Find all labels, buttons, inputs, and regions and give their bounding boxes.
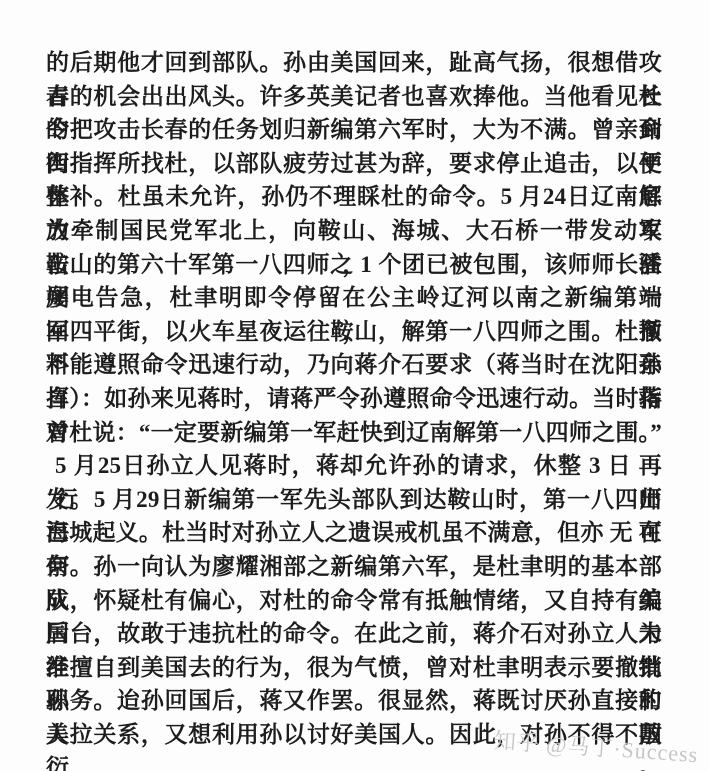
text-line-12: 对杜说：“一定要新编第一军赶快到辽南解第一八四师之围。”: [46, 416, 662, 450]
text-line-8: 屡电告急，杜聿明即令停留在公主岭辽河以南之新编第一军，撤: [46, 281, 662, 315]
text-line-1: 的后期他才回到部队。孙由美国回来，趾高气扬，很想借攻占长: [46, 46, 662, 80]
text-line-11: 挥）：如孙来见蒋时，请蒋严令孙遵照命令迅速行动。当时蒋曾: [46, 382, 662, 416]
text-line-19: 准擅自到美国去的行为，很为气愤，曾对杜聿明表示要撤销孙的: [46, 651, 662, 685]
text-line-14: 发。5 月29日新编第一军先头部队到达鞍山时，第一八四师已在: [46, 483, 662, 517]
text-line-2: 春的机会出出风头。许多英美记者也喜欢捧他。当他看见杜的命: [46, 80, 662, 114]
text-line-10: 不能遵照命令迅速行动，乃向蒋介石要求（蒋当时在沈阳亲自指: [46, 348, 662, 382]
text-line-4: 街指挥所找杜，以部队疲劳过甚为辞，要求停止追击，以便休息: [46, 147, 662, 181]
text-line-15: 海城起义。杜当时对孙立人之遗误戒机虽不满意，但亦 无 可 奈: [46, 516, 662, 550]
scanned-page: 的后期他才回到部队。孙由美国回来，趾高气扬，很想借攻占长 春的机会出出风头。许多…: [0, 0, 709, 771]
text-line-20: 职务。迨孙回国后，蒋又作罢。很显然，蒋既讨厌孙直接和美国: [46, 684, 662, 718]
text-line-3: 令把攻击长春的任务划归新编第六军时，大为不满。曾亲到四平: [46, 113, 662, 147]
text-line-7: 鞍山的第六十军第一八四师之 1 个团已被包围，该师师长潘朔端: [46, 248, 662, 282]
text-line-9: 回四平街，以火车星夜运往鞍山，解第一八四师之围。杜预料孙: [46, 315, 662, 349]
paragraph-text: 的后期他才回到部队。孙由美国回来，趾高气扬，很想借攻占长 春的机会出出风头。许多…: [46, 46, 662, 751]
text-line-5: 整补。杜虽未允许，孙仍不理睬杜的命令。5 月24日辽南解放军: [46, 180, 662, 214]
text-line-18: 后台，故敢于违抗杜的命令。在此之前，蒋介石对孙立人未经批: [46, 617, 662, 651]
text-line-17: 成，怀疑杜有偏心，对杜的命令常有抵触情绪，又自持有美国为: [46, 584, 662, 618]
text-line-13: 5 月25日孙立人见蒋时，蒋却允许孙的请求，休整 3 日 再 行 出: [46, 449, 662, 483]
text-line-16: 何。孙一向认为廖耀湘部之新编第六军，是杜聿明的基本部队编: [46, 550, 662, 584]
text-line-6: 为牵制国民党军北上，向鞍山、海城、大石桥一带发动攻击，驻: [46, 214, 662, 248]
text-line-21: 人拉关系，又想利用孙以讨好美国人。因此，对孙不得不敷衍。: [46, 718, 662, 752]
